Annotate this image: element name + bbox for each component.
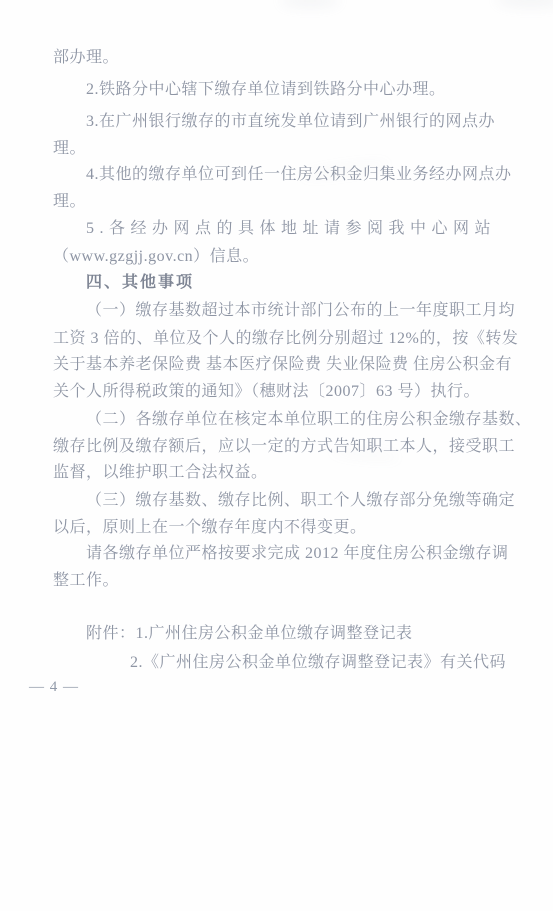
text-line-continuation: 以后，原则上在一个缴存年度内不得变更。 (53, 514, 367, 537)
text-line-clause-1: （一）缴存基数超过本市统计部门公布的上一年度职工月均 (86, 297, 515, 320)
section-heading-4: 四、其他事项 (86, 269, 194, 292)
text-line-item-5: 5.各经办网点的具体地址请参阅我中心网站 (86, 215, 496, 238)
text-line-continuation: 监督，以维护职工合法权益。 (53, 459, 268, 482)
text-line-item-4: 4.其他的缴存单位可到任一住房公积金归集业务经办网点办 (86, 161, 512, 184)
text-line-continuation: 理。 (53, 188, 86, 211)
scan-artifact (280, 0, 340, 8)
page-number: — 4 — (29, 679, 79, 696)
attachment-line-1: 附件：1.广州住房公积金单位缴存调整登记表 (86, 620, 413, 643)
text-line-continuation: 理。 (53, 135, 86, 158)
text-line-closing: 请各缴存单位严格按要求完成 2012 年度住房公积金缴存调 (86, 540, 509, 563)
text-line-clause-2: （二）各缴存单位在核定本单位职工的住房公积金缴存基数、 (86, 406, 532, 429)
text-line-item-2: 2.铁路分中心辖下缴存单位请到铁路分中心办理。 (86, 76, 446, 99)
text-line-continuation: 关于基本养老保险费 基本医疗保险费 失业保险费 住房公积金有 (53, 351, 512, 374)
text-line-clause-3: （三）缴存基数、缴存比例、职工个人缴存部分免缴等确定 (86, 487, 515, 510)
text-line-continuation: 关个人所得税政策的通知》（穗财法〔2007〕63 号）执行。 (53, 378, 480, 401)
scan-artifact (496, 0, 553, 8)
text-line-continuation: 部办理。 (53, 44, 119, 67)
text-line-website: （www.gzgjj.gov.cn）信息。 (53, 243, 259, 266)
text-line-item-3: 3.在广州银行缴存的市直统发单位请到广州银行的网点办 (86, 108, 495, 131)
attachment-line-2: 2.《广州住房公积金单位缴存调整登记表》有关代码 (130, 649, 506, 672)
text-line-continuation: 工资 3 倍的、单位及个人的缴存比例分别超过 12%的，按《转发 (53, 325, 518, 348)
text-line-continuation: 缴存比例及缴存额后，应以一定的方式告知职工本人，接受职工 (53, 433, 515, 456)
document-page: 部办理。 2.铁路分中心辖下缴存单位请到铁路分中心办理。 3.在广州银行缴存的市… (0, 0, 553, 911)
text-line-continuation: 整工作。 (53, 567, 119, 590)
